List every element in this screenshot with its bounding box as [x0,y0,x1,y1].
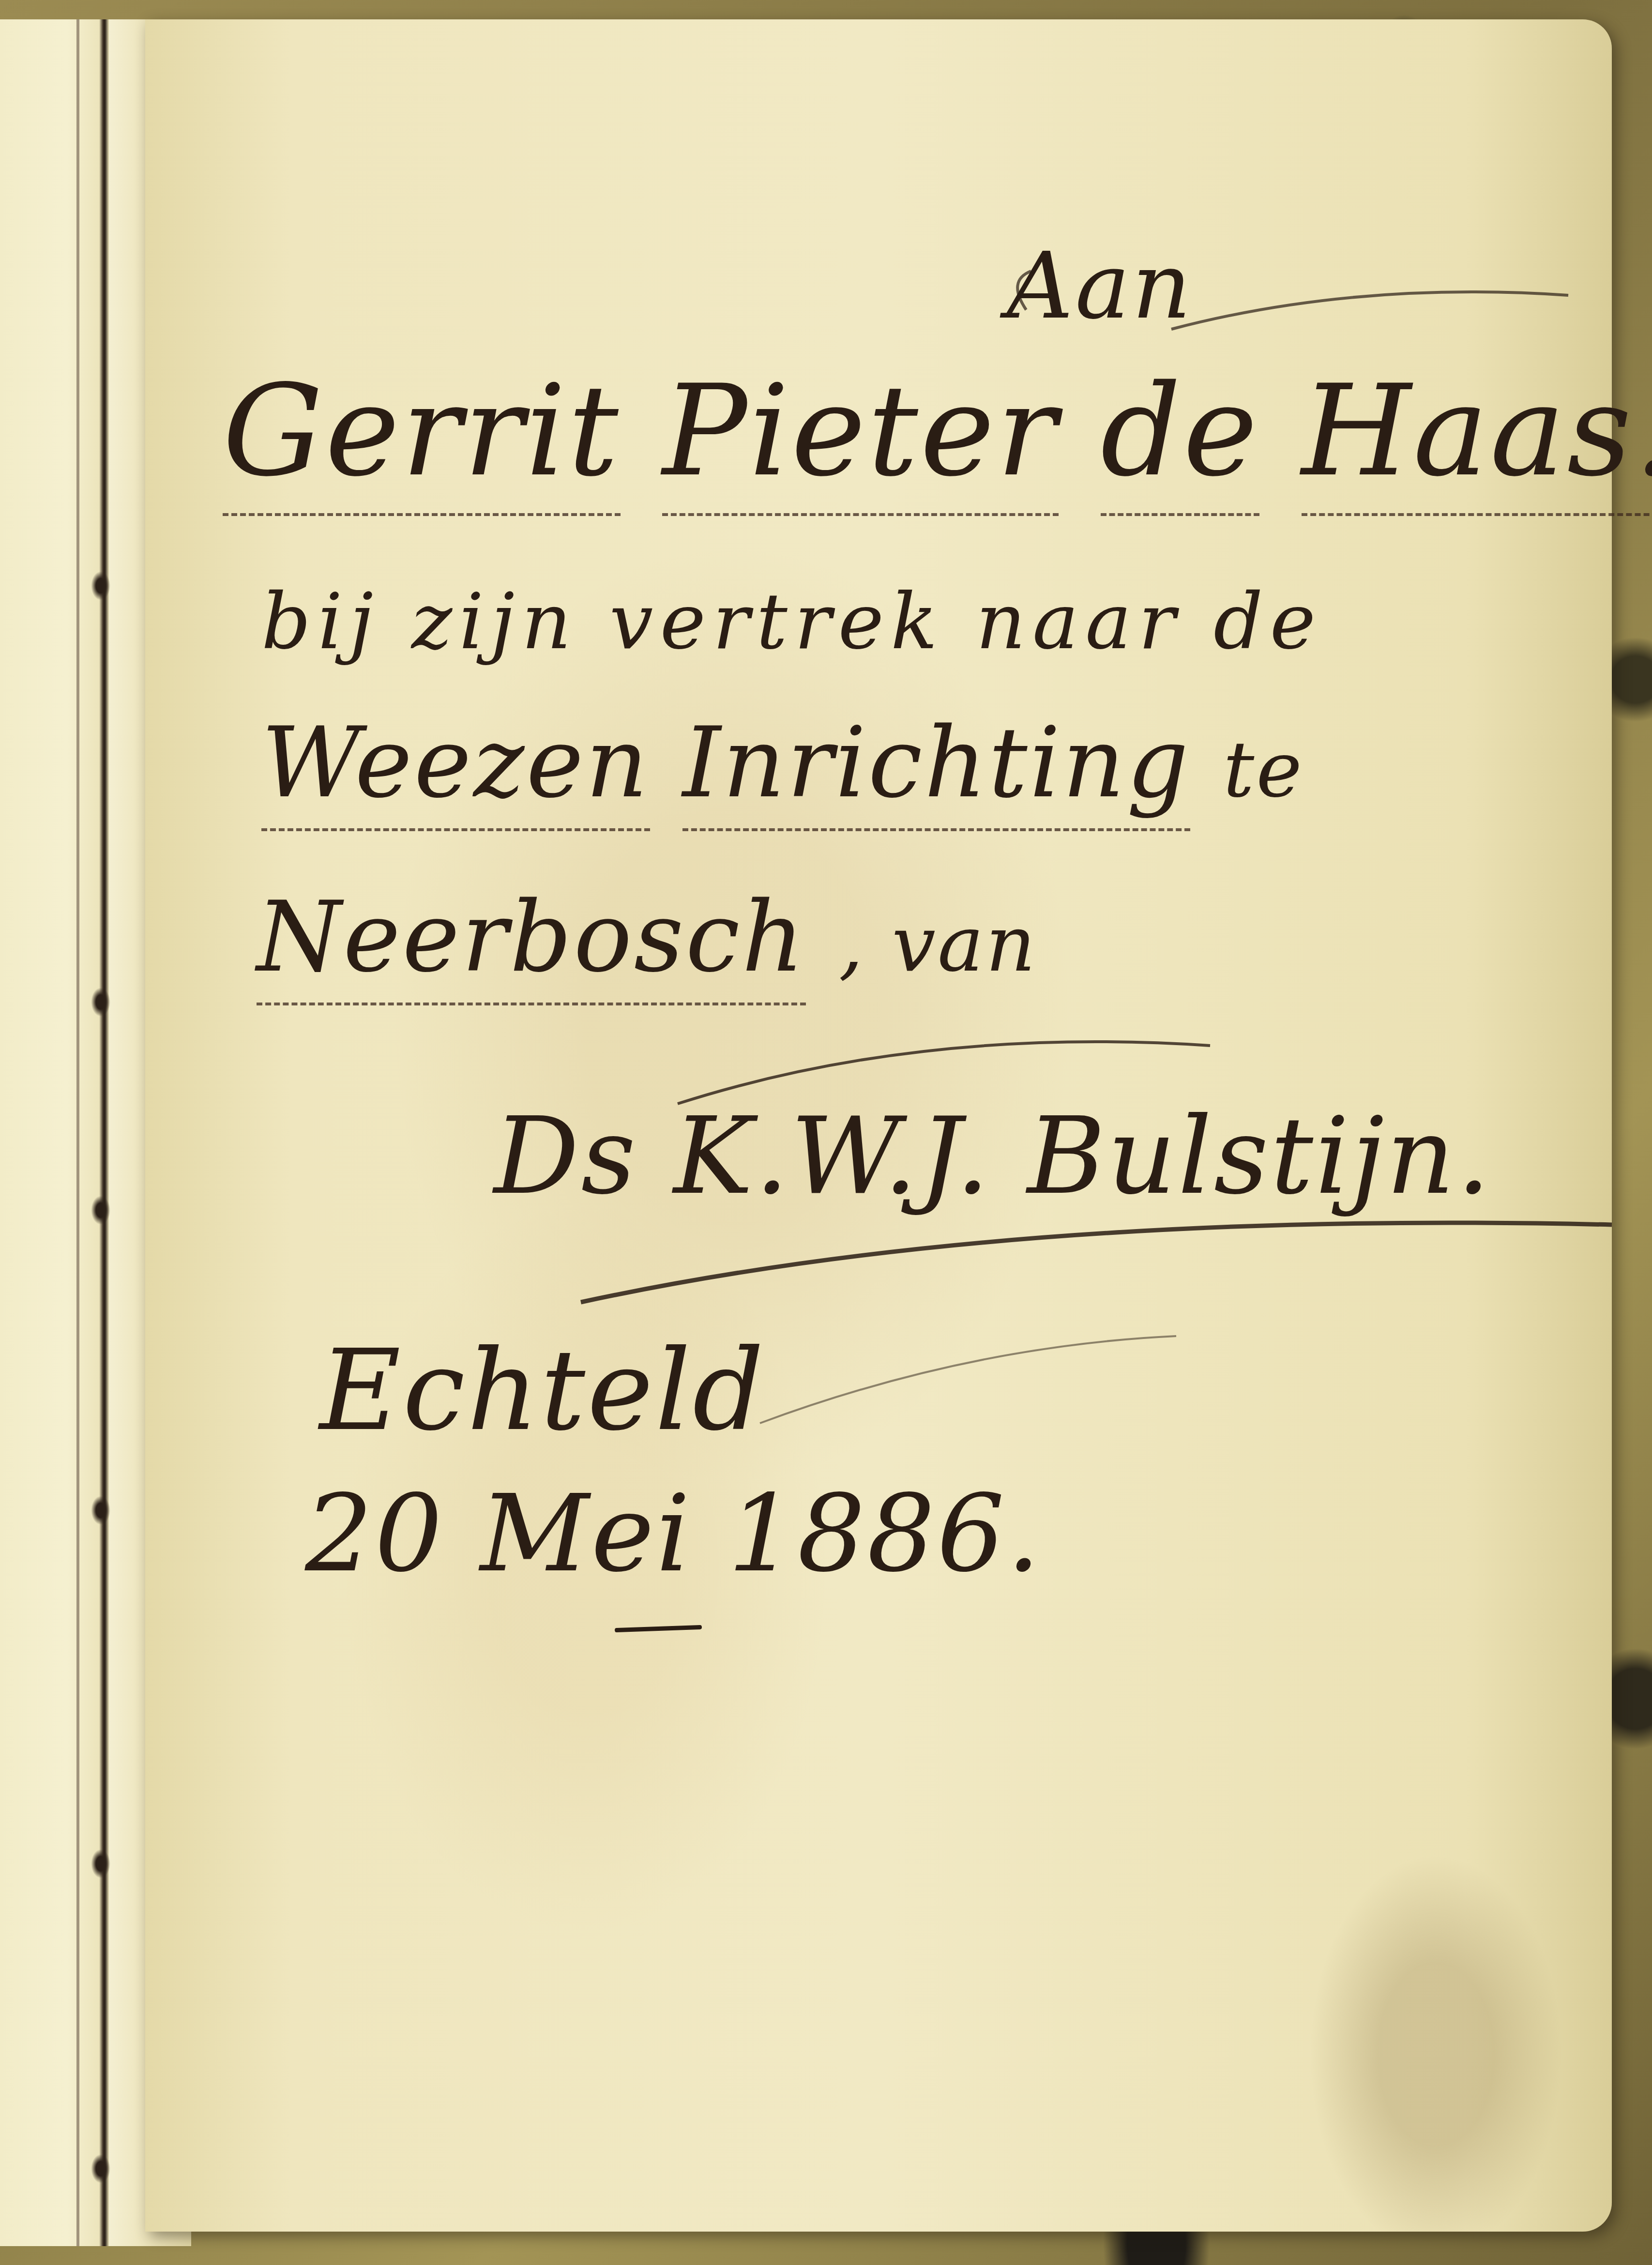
institution-line: Weezen Inrichting te [261,707,1304,820]
institution-word-inrichting: Inrichting [682,707,1190,831]
inscription-date: 20 Mei 1886. [305,1472,1042,1596]
signature: Ds K.W.J. Bulstijn. [494,1094,1492,1218]
binding-stitch [91,1849,110,1878]
recipient-middle-name: Pieter [662,358,1059,516]
closing-dash [615,1625,702,1632]
open-book: Aan Gerrit Pieter de Haas. bij zijn vert… [0,19,1612,2246]
binding-stitch [91,1196,110,1225]
place-flourish [750,1326,1186,1433]
salutation: Aan [1007,232,1193,339]
binding-gutter [99,19,109,2246]
binding-stitch [91,988,110,1017]
recipient-particle: de [1101,358,1259,516]
inscription-page: Aan Gerrit Pieter de Haas. bij zijn vert… [145,19,1612,2232]
departure-line: bij zijn vertrek naar de [261,576,1322,667]
institution-word-weezen: Weezen [261,707,650,831]
spine-crease [76,19,79,2246]
place-neerbosch: Neerbosch [257,881,806,1005]
binding-stitch [91,1496,110,1525]
recipient-line: Gerrit Pieter de Haas. [223,358,1652,504]
word-te: te [1223,724,1304,815]
recipient-first-name: Gerrit [223,358,621,516]
left-page-edge [0,19,111,2246]
place-line: Neerbosch , van [257,881,1037,994]
binding-stitch [91,2154,110,2183]
binding-stitch [91,571,110,600]
word-van: , van [839,898,1038,989]
place-written: Echteld [319,1326,766,1456]
recipient-last-name: Haas. [1302,358,1652,516]
